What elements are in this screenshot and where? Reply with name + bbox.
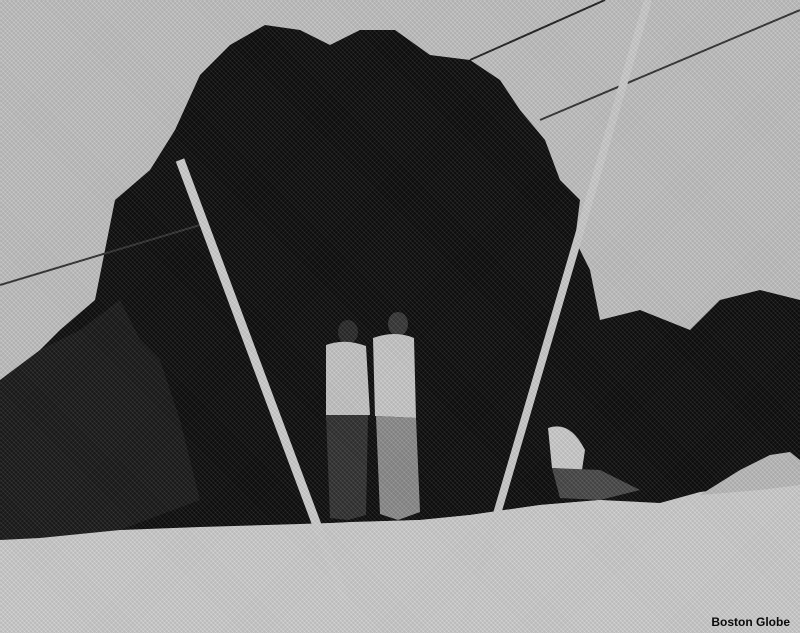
person-right: [373, 312, 420, 520]
person-left: [326, 320, 370, 520]
photo-scene: [0, 0, 800, 633]
photo-credit: Boston Globe: [711, 615, 790, 629]
newspaper-photo: Boston Globe: [0, 0, 800, 633]
